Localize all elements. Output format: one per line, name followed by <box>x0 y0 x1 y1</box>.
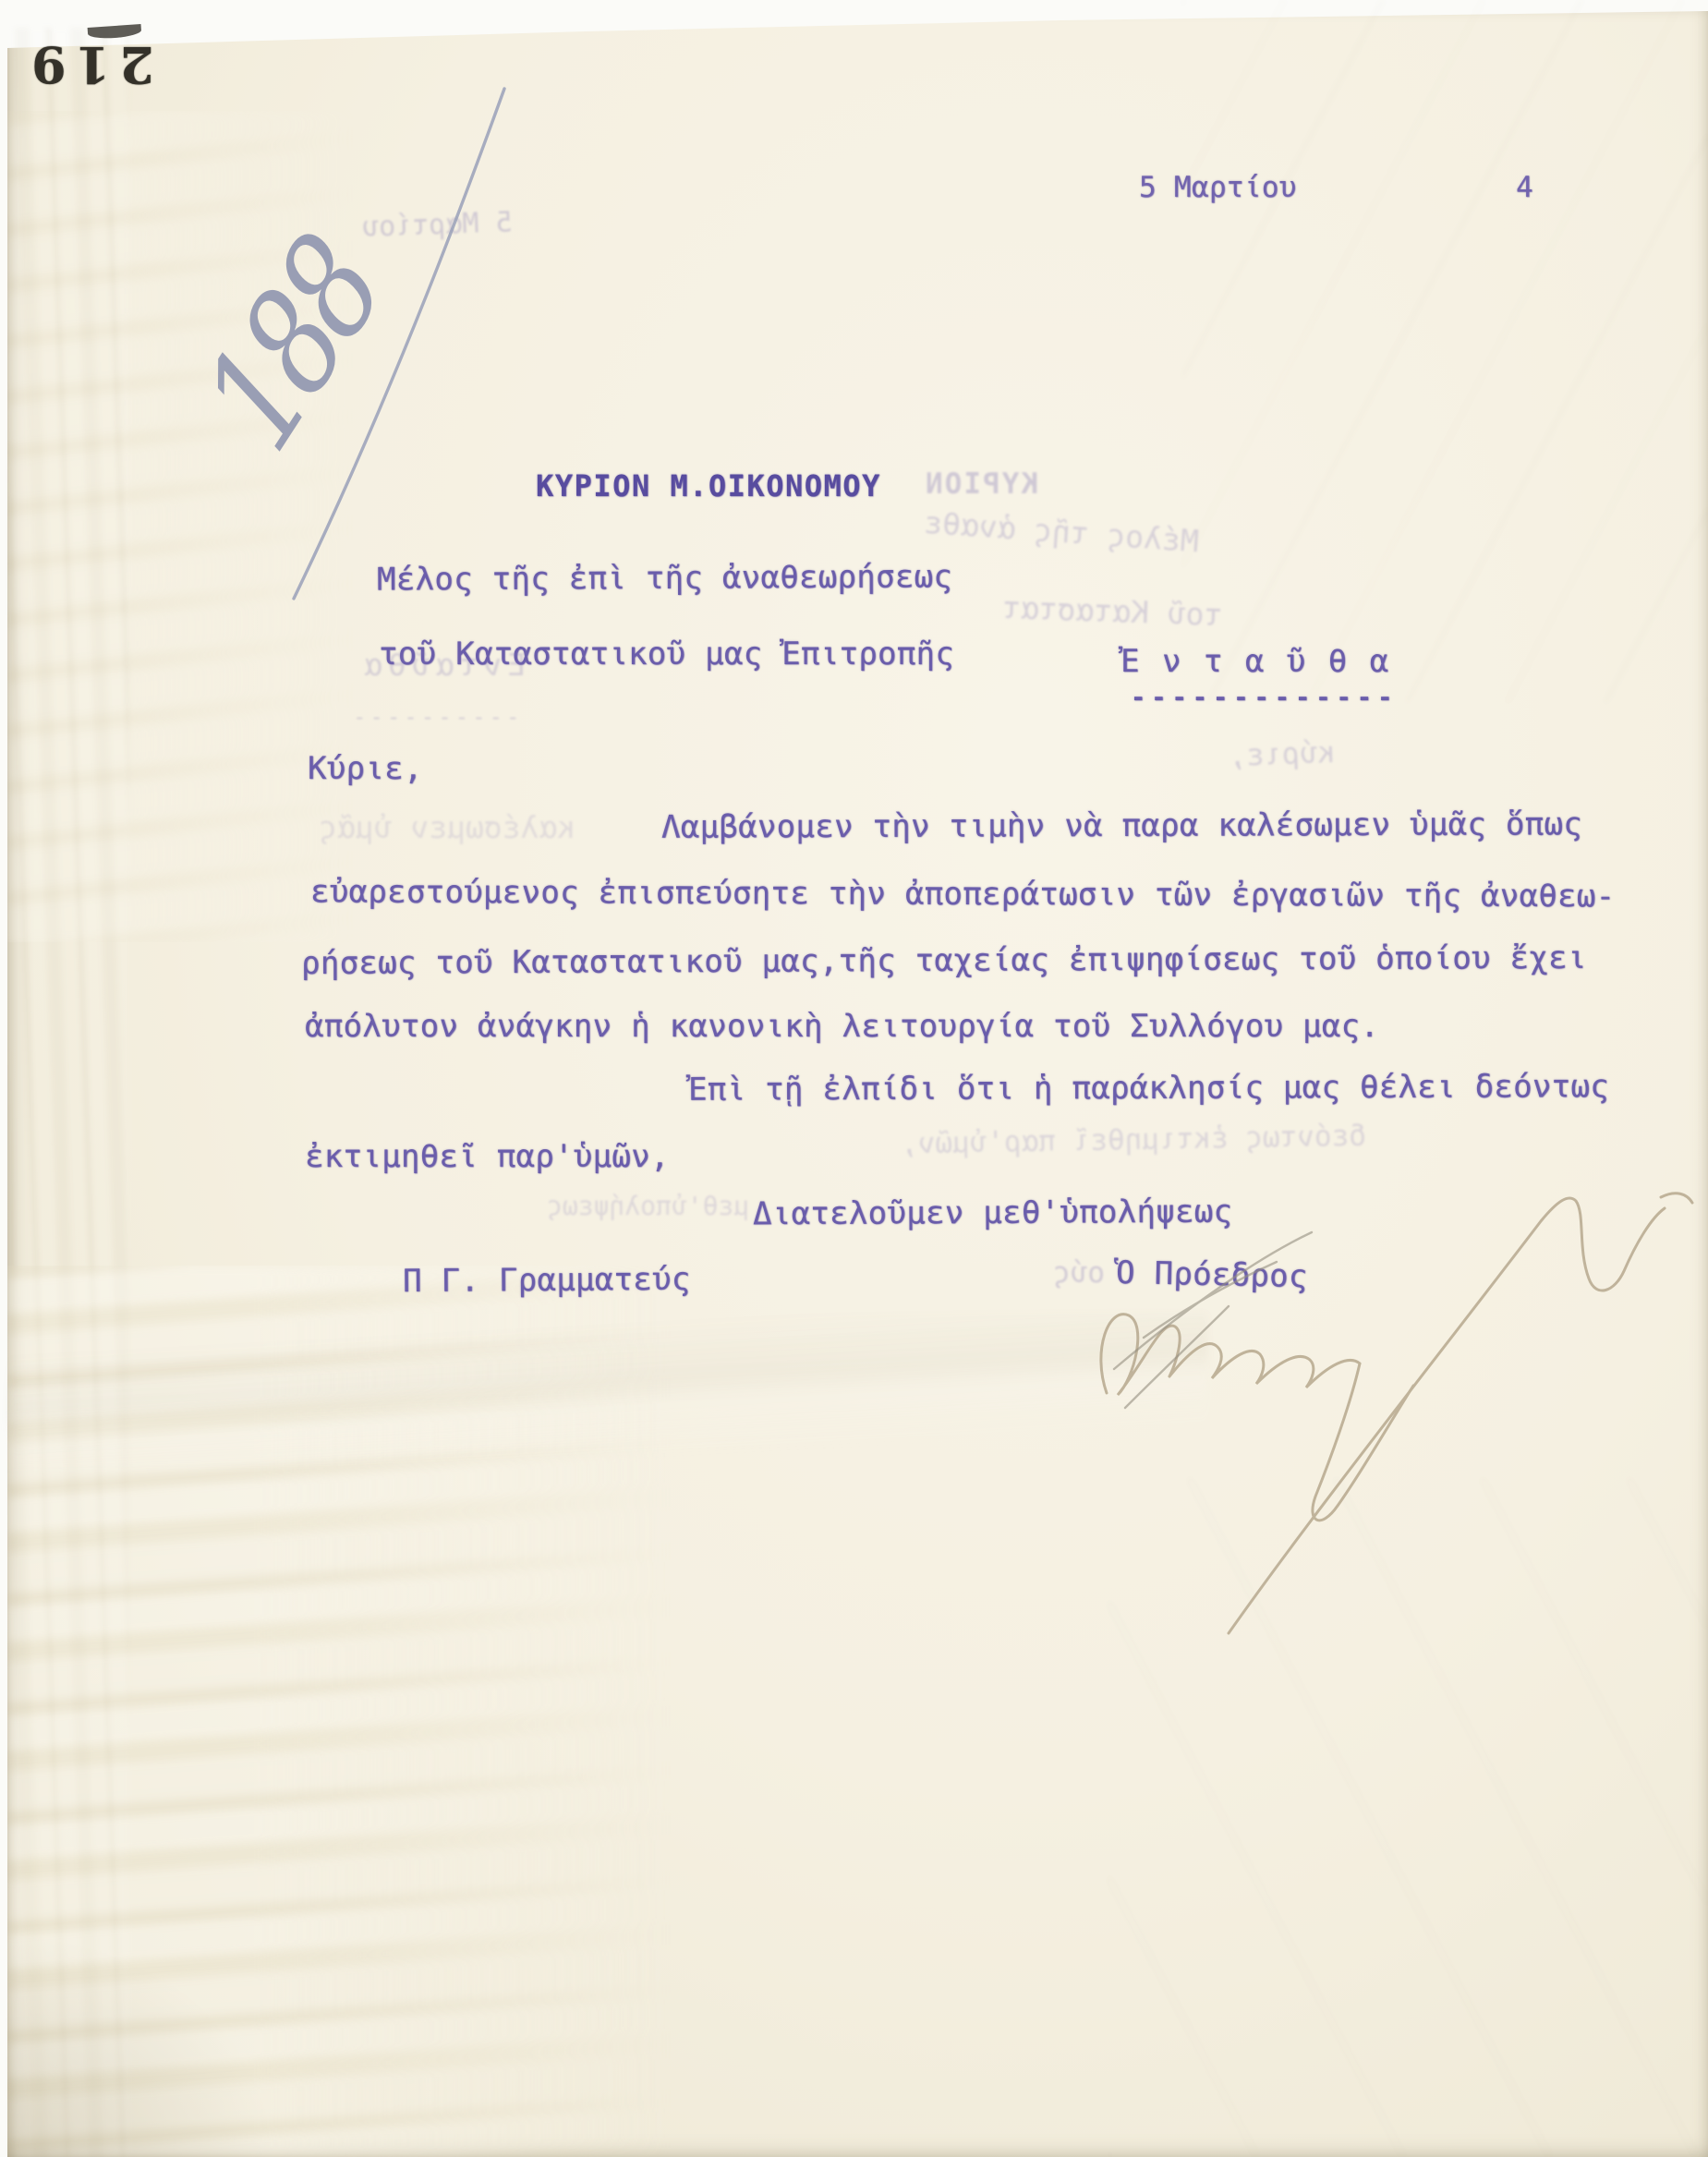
body-line-2: εὐαρεστούμενος ἐπισπεύσητε τὴν ἀποπεράτω… <box>310 874 1615 915</box>
body-line-1: Λαμβάνομεν τὴν τιμὴν νὰ παρα καλέσωμεν ὑ… <box>661 806 1582 845</box>
recipient-location: Ἐ ν τ α ῦ θ α <box>1120 643 1390 680</box>
recipient-name: ΚΥΡΙΟΝ Μ.ΟΙΚΟΝΟΜΟΥ <box>536 467 881 504</box>
scanned-letter-page: 219 188 5 Μαρτίου 4 ΚΥΡΙΟΝ Μ.ΟΙΚΟΝΟΜΟΥ Μ… <box>0 0 1708 2157</box>
recipient-location-underline: ------------- <box>1131 680 1398 717</box>
date-text: 5 Μαρτίου <box>1139 169 1297 206</box>
closing-line: Διατελοῦμεν μεθ'ὑπολήψεως <box>753 1194 1232 1233</box>
president-title: Ὁ Πρόεδρος <box>1116 1254 1308 1295</box>
body-line-5: Ἐπὶ τῇ ἐλπίδι ὅτι ἡ παράκλησίς μας θέλει… <box>688 1068 1609 1108</box>
body-line-4: ἀπόλυτον ἀνάγκην ἡ κανονικὴ λειτουργία τ… <box>305 1008 1379 1045</box>
date-numeral: 4 <box>1516 169 1533 206</box>
secretary-title: Π Γ. Γραμματεύς <box>403 1261 691 1300</box>
body-line-3: ρήσεως τοῦ Καταστατικοῦ μας,τῆς ταχείας … <box>301 939 1587 982</box>
body-line-6: ἐκτιμηθεῖ παρ'ὑμῶν, <box>305 1138 670 1175</box>
recipient-title-line2: τοῦ Καταστατικοῦ μας Ἐπιτροπῆς <box>379 636 954 673</box>
salutation: Κύριε, <box>308 750 423 787</box>
recipient-title-line1: Μέλος τῆς ἐπὶ τῆς ἀναθεωρήσεως <box>377 558 952 598</box>
page-number-stamp: 219 <box>22 35 154 94</box>
